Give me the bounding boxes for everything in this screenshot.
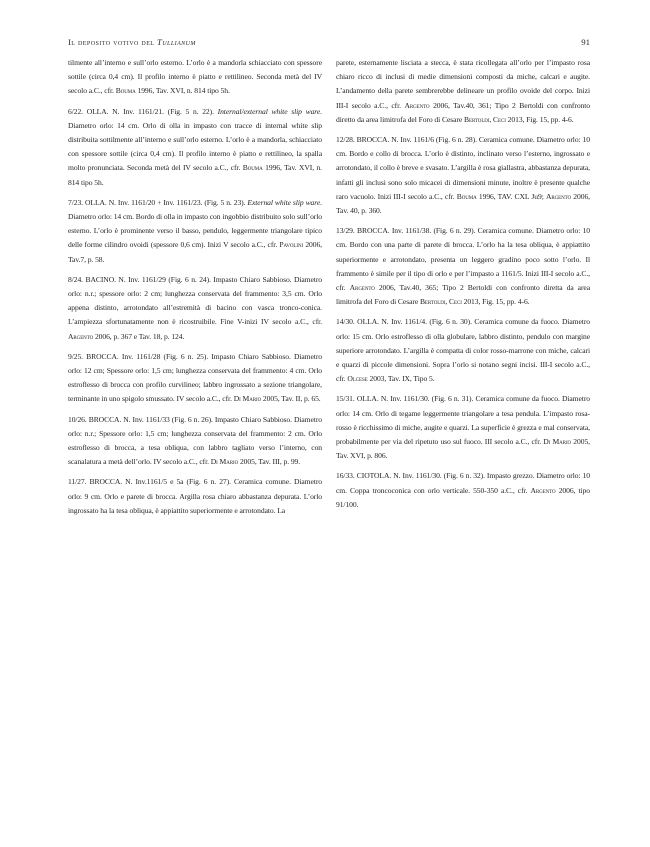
citation-author: Bouma	[116, 86, 136, 95]
text-run: 7/23. OLLA. N. Inv. 1161/20 + Inv. 1161/…	[68, 198, 247, 207]
citation-author: Argento	[404, 101, 429, 110]
catalog-entry: parete, esternamente lisciata a stecca, …	[336, 56, 590, 127]
ware-name-italic: External white slip ware	[247, 198, 320, 207]
text-run: 11/27. BROCCA. N. Inv.1161/5 e 5a (Fig. …	[68, 477, 322, 514]
citation-author: Di Mario	[543, 437, 571, 446]
catalog-entry: 16/33. CIOTOLA. N. Inv. 1161/30. (Fig. 6…	[336, 469, 590, 512]
catalog-entry: 15/31. OLLA. N. Inv. 1161/30. (Fig. 6 n.…	[336, 392, 590, 463]
page-number: 91	[581, 37, 590, 47]
text-run: 2005, Tav. III, p. 99.	[238, 457, 300, 466]
catalog-entry: 10/26. BROCCA. N. Inv. 1161/33 (Fig. 6 n…	[68, 413, 322, 470]
catalog-entry: 9/25. BROCCA. Inv. 1161/28 (Fig. 6 n. 25…	[68, 350, 322, 407]
text-columns: tilmente all’interno e sull’orlo esterno…	[68, 56, 590, 518]
text-run: 2006, p. 367 e Tav. 18, p. 124.	[93, 332, 184, 341]
citation-author: Bouma	[243, 163, 263, 172]
citation-author: Argento	[546, 192, 571, 201]
catalog-entry: 14/30. OLLA. N. Inv. 1161/4. (Fig. 6 n. …	[336, 315, 590, 386]
running-title-work: Tullianum	[157, 37, 196, 47]
citation-author: Pavolini	[279, 240, 303, 249]
citation-author: Bertoldi, Ceci	[464, 115, 506, 124]
text-run: 2013, Fig. 15, pp. 4-6.	[506, 115, 574, 124]
text-run: 1996, TAV. CXL Ju9;	[477, 192, 546, 201]
citation-author: Bouma	[457, 192, 477, 201]
catalog-entry: 12/28. BROCCA. N. Inv. 1161/6 (Fig. 6 n.…	[336, 133, 590, 218]
document-page: Il deposito votivo del Tullianum 91 tilm…	[0, 0, 650, 847]
page-header: Il deposito votivo del Tullianum 91	[68, 37, 590, 47]
catalog-entry: 11/27. BROCCA. N. Inv.1161/5 e 5a (Fig. …	[68, 475, 322, 518]
text-run: 2005, Tav. II, p. 65.	[261, 394, 321, 403]
running-title: Il deposito votivo del Tullianum	[68, 37, 196, 47]
citation-author: Di Mario	[234, 394, 261, 403]
citation-author: Bertoldi, Ceci	[420, 297, 462, 306]
citation-author: Argento	[68, 332, 93, 341]
text-run: 1996, Tav. XVI, n. 814 tipo 5h.	[136, 86, 230, 95]
text-run: 2003, Tav. IX, Tipo 5.	[368, 374, 435, 383]
catalog-entry: 7/23. OLLA. N. Inv. 1161/20 + Inv. 1161/…	[68, 196, 322, 267]
catalog-entry: 13/29. BROCCA. Inv. 1161/38. (Fig. 6 n. …	[336, 224, 590, 309]
text-run: 6/22. OLLA. N. Inv. 1161/21. (Fig. 5 n. …	[68, 107, 218, 116]
text-run: 8/24. BACINO. N. Inv. 1161/29 (Fig. 6 n.…	[68, 275, 322, 327]
citation-author: Argento	[350, 283, 375, 292]
ware-name-italic: Internal/external white slip ware	[218, 107, 321, 116]
left-column: tilmente all’interno e sull’orlo esterno…	[68, 56, 322, 518]
citation-author: Olcese	[347, 374, 367, 383]
catalog-entry: tilmente all’interno e sull’orlo esterno…	[68, 56, 322, 99]
right-column: parete, esternamente lisciata a stecca, …	[336, 56, 590, 518]
text-run: 2013, Fig. 15, pp. 4-6.	[462, 297, 530, 306]
running-title-text: Il deposito votivo del	[68, 37, 157, 47]
catalog-entry: 6/22. OLLA. N. Inv. 1161/21. (Fig. 5 n. …	[68, 105, 322, 190]
citation-author: Di Mario	[211, 457, 238, 466]
catalog-entry: 8/24. BACINO. N. Inv. 1161/29 (Fig. 6 n.…	[68, 273, 322, 344]
citation-author: Argento	[530, 486, 555, 495]
